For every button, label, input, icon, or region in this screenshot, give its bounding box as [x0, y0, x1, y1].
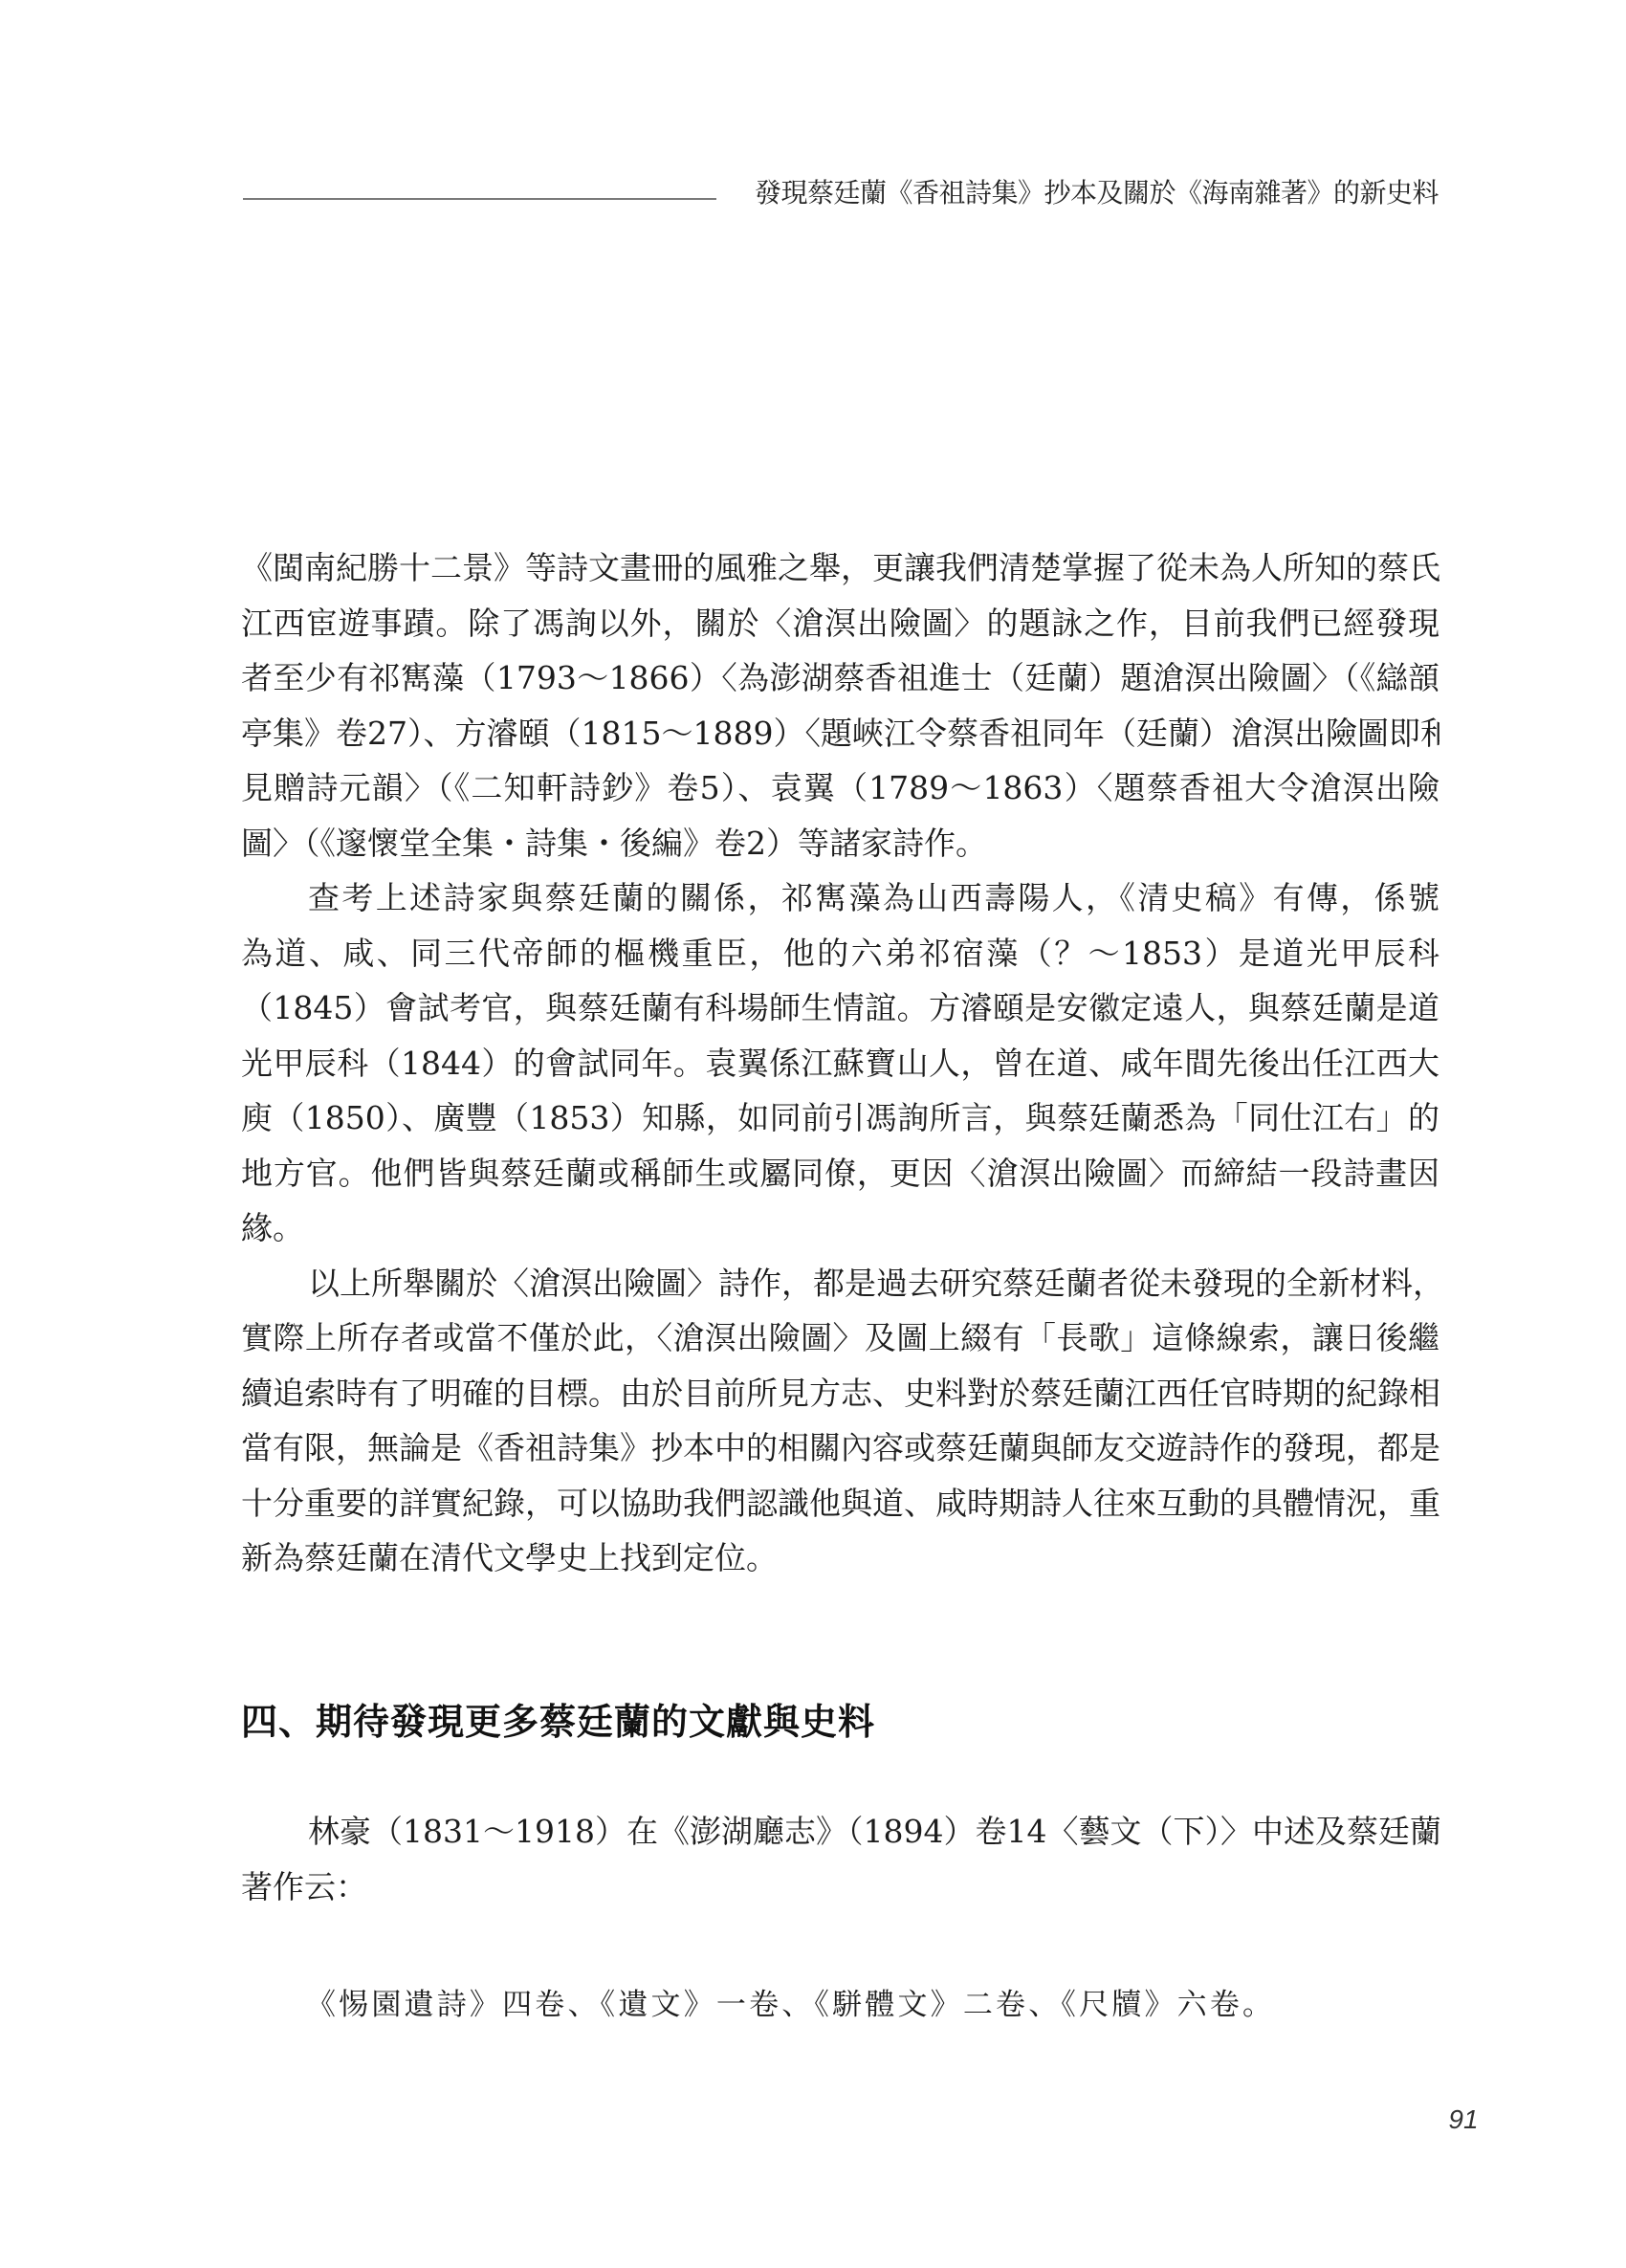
text-line: 新為蔡廷蘭在清代文學史上找到定位。	[241, 1530, 1439, 1586]
text-line: 當有限，無論是《香祖詩集》抄本中的相關內容或蔡廷蘭與師友交遊詩作的發現，都是	[241, 1420, 1439, 1476]
section-heading: 四、期待發現更多蔡廷蘭的文獻與史料	[241, 1693, 1439, 1751]
text-line: 江西宦遊事蹟。除了馮詢以外，關於〈滄溟出險圖〉的題詠之作，目前我們已經發現	[241, 596, 1439, 651]
text-line: 庾（1850）、廣豐（1853）知縣，如同前引馮詢所言，與蔡廷蘭悉為「同仕江右」…	[241, 1090, 1439, 1146]
text-line: 亭集》卷27）、方濬頤（1815～1889）〈題峽江令蔡香祖同年（廷蘭）滄溟出險…	[241, 706, 1439, 761]
page-number: 91	[1435, 2103, 1492, 2137]
text-line: 緣。	[241, 1200, 1439, 1256]
text-line: 者至少有祁寯藻（1793～1866）〈為澎湖蔡香祖進士（廷蘭）題滄溟出險圖〉（《…	[241, 650, 1439, 706]
block-quote: 《惕園遺詩》四卷、《遺文》一卷、《駢體文》二卷、《尺牘》六卷。	[306, 1978, 1272, 2032]
text-line: 以上所舉關於〈滄溟出險圖〉詩作，都是過去研究蔡廷蘭者從未發現的全新材料，	[241, 1256, 1439, 1311]
text-line: （1845）會試考官，與蔡廷蘭有科場師生情誼。方濬頤是安徽定遠人，與蔡廷蘭是道	[241, 980, 1439, 1036]
text-line: 著作云：	[241, 1860, 1439, 1915]
text-line: 林豪（1831～1918）在《澎湖廳志》（1894）卷14〈藝文（下）〉中述及蔡…	[241, 1804, 1439, 1860]
text-line: 地方官。他們皆與蔡廷蘭或稱師生或屬同僚，更因〈滄溟出險圖〉而締結一段詩畫因	[241, 1146, 1439, 1201]
paragraph-3: 以上所舉關於〈滄溟出險圖〉詩作，都是過去研究蔡廷蘭者從未發現的全新材料， 實際上…	[241, 1256, 1439, 1586]
text-line: 實際上所存者或當不僅於此，〈滄溟出險圖〉及圖上綴有「長歌」這條線索，讓日後繼	[241, 1310, 1439, 1366]
body-text: 《閩南紀勝十二景》等詩文畫冊的風雅之舉，更讓我們清楚掌握了從未為人所知的蔡氏 江…	[241, 540, 1439, 1586]
text-line: 光甲辰科（1844）的會試同年。袁翼係江蘇寶山人，曾在道、咸年間先後出任江西大	[241, 1036, 1439, 1091]
text-line: 《閩南紀勝十二景》等詩文畫冊的風雅之舉，更讓我們清楚掌握了從未為人所知的蔡氏	[241, 540, 1439, 596]
paragraph-1: 《閩南紀勝十二景》等詩文畫冊的風雅之舉，更讓我們清楚掌握了從未為人所知的蔡氏 江…	[241, 540, 1439, 870]
text-line: 續追索時有了明確的目標。由於目前所見方志、史料對於蔡廷蘭江西任官時期的紀錄相	[241, 1366, 1439, 1421]
running-head: 發現蔡廷蘭《香祖詩集》抄本及關於《海南雜著》的新史料	[243, 172, 1439, 214]
text-line: 見贈詩元韻〉（《二知軒詩鈔》卷5）、袁翼（1789～1863）〈題蔡香祖大令滄溟…	[241, 760, 1439, 816]
paragraph-4: 林豪（1831～1918）在《澎湖廳志》（1894）卷14〈藝文（下）〉中述及蔡…	[241, 1804, 1439, 1914]
paragraph-2: 查考上述詩家與蔡廷蘭的關係，祁寯藻為山西壽陽人，《清史稿》有傳，係號 為道、咸、…	[241, 870, 1439, 1256]
text-line: 查考上述詩家與蔡廷蘭的關係，祁寯藻為山西壽陽人，《清史稿》有傳，係號	[241, 870, 1439, 926]
running-head-title: 發現蔡廷蘭《香祖詩集》抄本及關於《海南雜著》的新史料	[750, 176, 1439, 210]
text-line: 為道、咸、同三代帝師的樞機重臣，他的六弟祁宿藻（？～1853）是道光甲辰科	[241, 926, 1439, 981]
text-line: 十分重要的詳實紀錄，可以協助我們認識他與道、咸時期詩人往來互動的具體情況，重	[241, 1476, 1439, 1531]
text-line: 圖〉（《邃懷堂全集・詩集・後編》卷2）等諸家詩作。	[241, 816, 1439, 871]
header-rule	[243, 198, 716, 200]
